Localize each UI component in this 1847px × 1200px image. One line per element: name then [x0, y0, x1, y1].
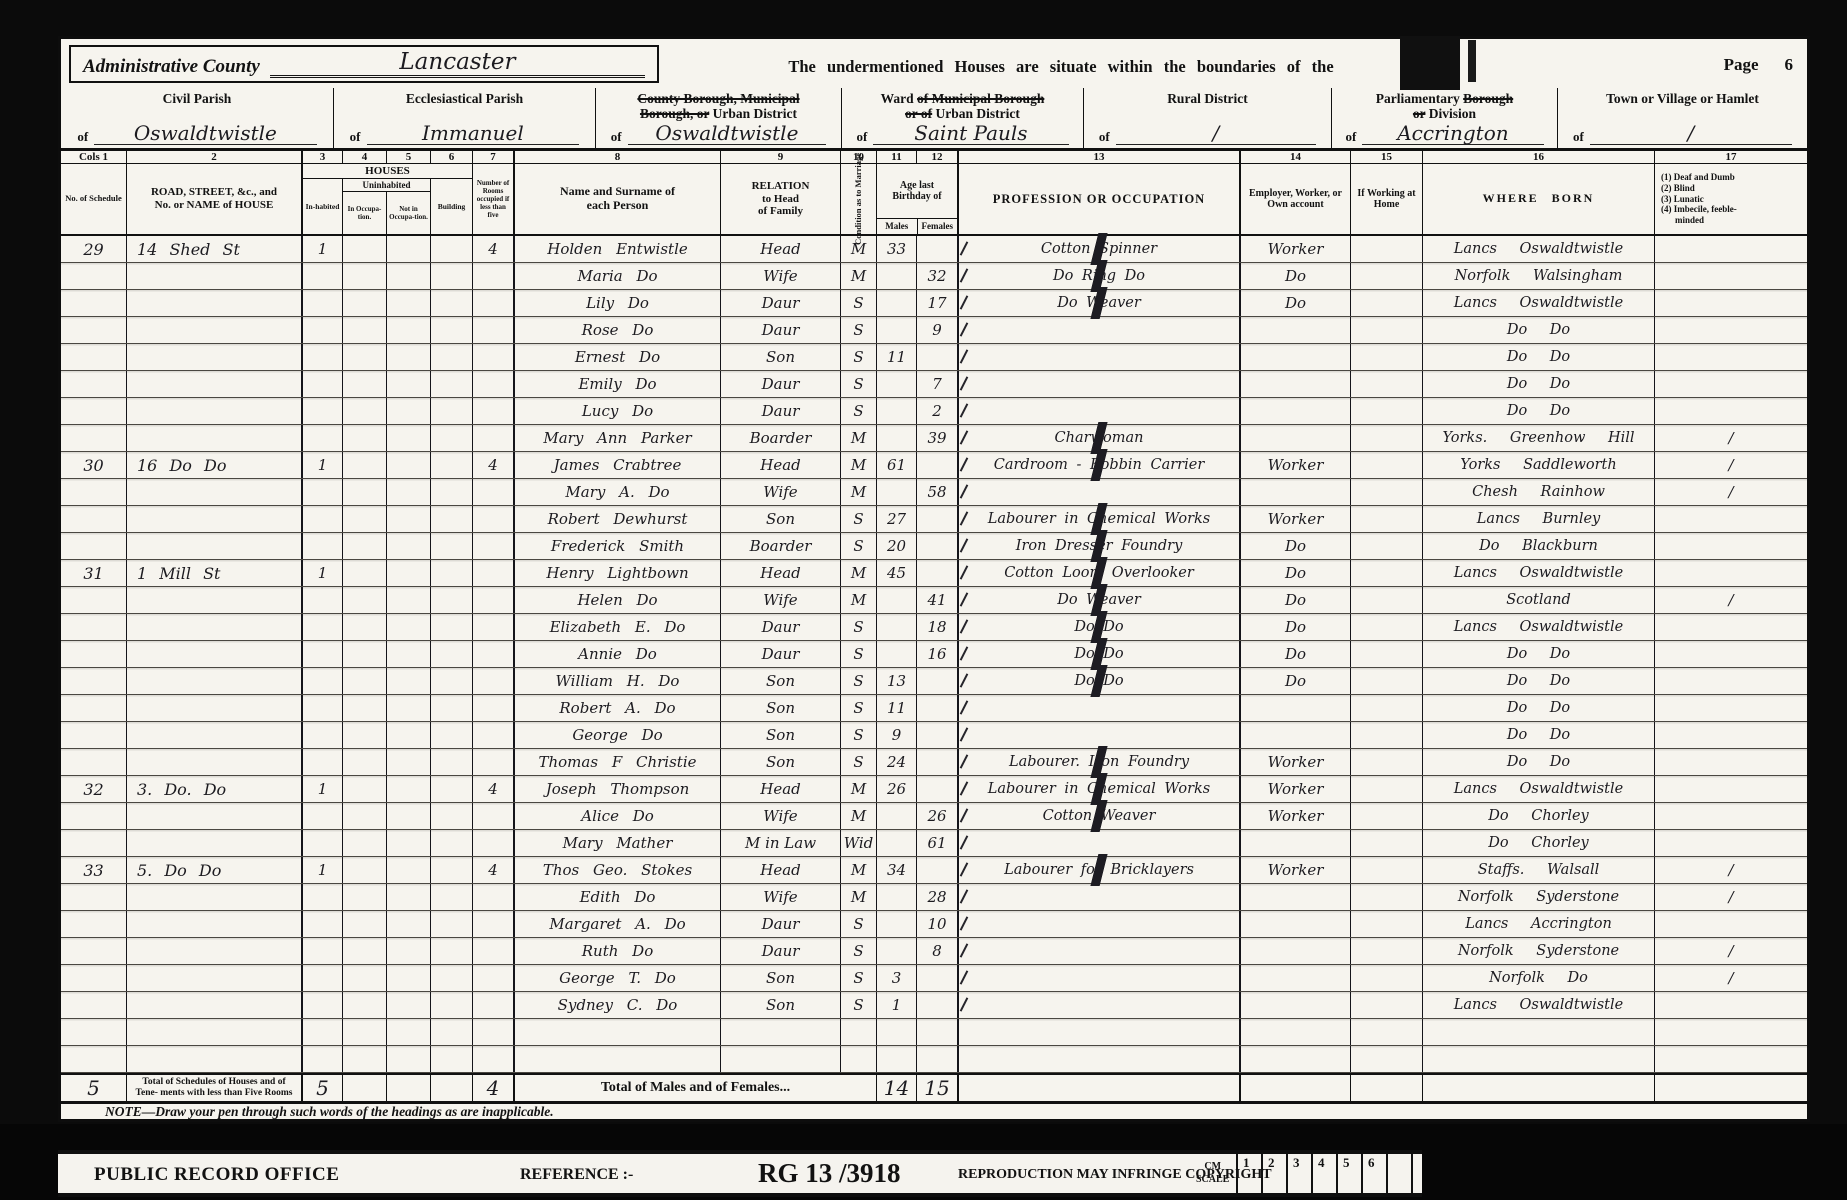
table-row: Lily Do Daur S 17 Do Weaver Do Lancs Osw… [61, 290, 1807, 317]
header-road-street: ROAD, STREET, &c., and No. or NAME of HO… [127, 164, 303, 234]
cell-infirmity [1655, 776, 1807, 802]
cell-age-female [917, 695, 959, 721]
cell-building [431, 344, 473, 370]
cell-working-at-home [1351, 965, 1423, 991]
cell-house-address: 16 Do Do [127, 452, 303, 478]
cell-employer-worker [1241, 1019, 1351, 1045]
cell-uninhabited-not-in-occupation [387, 317, 431, 343]
cell-employer-worker: Do [1241, 587, 1351, 613]
cell-building [431, 263, 473, 289]
cell-house-address [127, 992, 303, 1018]
totals-row: 5 Total of Schedules of Houses and of Te… [61, 1073, 1807, 1104]
cell-uninhabited-in-occupation [343, 371, 387, 397]
cell-age-female: 7 [917, 371, 959, 397]
header-profession: PROFESSION OR OCCUPATION [959, 164, 1241, 234]
cell-schedule-number [61, 749, 127, 775]
cell-relation: Head [721, 452, 841, 478]
cell-age-female: 2 [917, 398, 959, 424]
cell-house-address [127, 371, 303, 397]
cell-uninhabited-not-in-occupation [387, 938, 431, 964]
cell-building [431, 965, 473, 991]
cell-inhabited [303, 884, 343, 910]
cell-employer-worker [1241, 830, 1351, 856]
cell-rooms [473, 749, 515, 775]
cell-employer-worker [1241, 722, 1351, 748]
cell-where-born: Scotland [1423, 587, 1655, 613]
cell-rooms [473, 1019, 515, 1045]
cell-person-name [515, 1019, 721, 1045]
cell-condition: S [841, 344, 877, 370]
cm-scale-label: CMSCALE [1196, 1161, 1229, 1186]
cell-working-at-home [1351, 911, 1423, 937]
cell-rooms [473, 803, 515, 829]
header-name-surname: Name and Surname ofeach Person [515, 164, 721, 234]
cell-inhabited [303, 425, 343, 451]
cell-age-female [917, 722, 959, 748]
cell-age-female [917, 965, 959, 991]
cell-where-born: Lancs Oswaldtwistle [1423, 290, 1655, 316]
cell-schedule-number [61, 425, 127, 451]
cell-age-male: 11 [877, 344, 917, 370]
cell-schedule-number [61, 911, 127, 937]
cell-condition [841, 1046, 877, 1072]
ward-label: Ward of Municipal Borough or of Urban Di… [881, 91, 1045, 121]
cell-person-name: Elizabeth E. Do [515, 614, 721, 640]
cell-age-male [877, 317, 917, 343]
ecclesiastical-parish-label: Ecclesiastical Parish [406, 91, 523, 106]
ruler-mark-1: 1 [1238, 1154, 1263, 1193]
cell-condition: S [841, 317, 877, 343]
cell-relation: Daur [721, 290, 841, 316]
cell-age-female [917, 776, 959, 802]
cell-occupation [959, 884, 1241, 910]
cell-uninhabited-not-in-occupation [387, 1019, 431, 1045]
cell-building [431, 479, 473, 505]
cell-employer-worker [1241, 965, 1351, 991]
cell-age-male [877, 371, 917, 397]
cell-rooms [473, 506, 515, 532]
cell-employer-worker [1241, 1046, 1351, 1072]
cell-infirmity [1655, 668, 1807, 694]
cell-person-name: James Crabtree [515, 452, 721, 478]
cell-schedule-number [61, 479, 127, 505]
cell-employer-worker [1241, 371, 1351, 397]
cell-where-born: Lancs Burnley [1423, 506, 1655, 532]
cell-condition: S [841, 749, 877, 775]
cell-age-male: 45 [877, 560, 917, 586]
totals-males-females-label: Total of Males and of Females... [515, 1075, 877, 1101]
cell-age-male [877, 641, 917, 667]
administrative-county-label: Administrative County [83, 56, 260, 78]
cell-occupation: Cardroom - Bobbin Carrier [959, 452, 1241, 478]
totals-females-count: 15 [924, 1076, 949, 1100]
cell-age-male: 13 [877, 668, 917, 694]
cell-employer-worker [1241, 992, 1351, 1018]
cell-building [431, 506, 473, 532]
cell-uninhabited-in-occupation [343, 749, 387, 775]
cell-working-at-home [1351, 371, 1423, 397]
cell-rooms [473, 1046, 515, 1072]
cell-occupation: Do Weaver [959, 290, 1241, 316]
cell-age-male [877, 425, 917, 451]
cell-inhabited [303, 263, 343, 289]
cell-person-name: Annie Do [515, 641, 721, 667]
cell-uninhabited-in-occupation [343, 695, 387, 721]
cell-where-born: Chesh Rainhow [1423, 479, 1655, 505]
cell-person-name: George T. Do [515, 965, 721, 991]
cell-employer-worker [1241, 479, 1351, 505]
cell-inhabited [303, 533, 343, 559]
cell-where-born: Do Do [1423, 344, 1655, 370]
cell-age-female [917, 560, 959, 586]
cell-condition: S [841, 506, 877, 532]
header-infirmities: (1) Deaf and Dumb(2) Blind(3) Lunatic(4)… [1655, 164, 1807, 234]
cell-uninhabited-not-in-occupation [387, 263, 431, 289]
cell-person-name: William H. Do [515, 668, 721, 694]
cell-uninhabited-not-in-occupation [387, 641, 431, 667]
cell-house-address [127, 803, 303, 829]
table-row: George T. Do Son S 3 Norfolk Do / [61, 965, 1807, 992]
cell-rooms [473, 695, 515, 721]
cell-uninhabited-in-occupation [343, 938, 387, 964]
cell-condition: S [841, 695, 877, 721]
cell-age-male: 24 [877, 749, 917, 775]
cell-house-address [127, 830, 303, 856]
ruler-mark-6: 6 [1363, 1154, 1388, 1193]
cell-working-at-home [1351, 344, 1423, 370]
cell-working-at-home [1351, 1046, 1423, 1072]
cell-building [431, 911, 473, 937]
cell-employer-worker: Worker [1241, 857, 1351, 883]
cell-condition: M [841, 884, 877, 910]
cell-infirmity: / [1655, 965, 1807, 991]
ecclesiastical-parish-value: Immanuel [367, 123, 580, 145]
cell-rooms: 4 [473, 776, 515, 802]
cell-person-name: Lily Do [515, 290, 721, 316]
cell-where-born: Lancs Oswaldtwistle [1423, 236, 1655, 262]
cell-where-born: Lancs Oswaldtwistle [1423, 992, 1655, 1018]
cell-house-address [127, 479, 303, 505]
cell-infirmity [1655, 803, 1807, 829]
table-row: Margaret A. Do Daur S 10 Lancs Accringto… [61, 911, 1807, 938]
cell-where-born [1423, 1019, 1655, 1045]
cell-person-name [515, 1046, 721, 1072]
cell-age-male [877, 290, 917, 316]
cell-relation: Daur [721, 371, 841, 397]
cell-where-born: Lancs Accrington [1423, 911, 1655, 937]
ruler-mark-5: 5 [1338, 1154, 1363, 1193]
rural-district-cell: Rural District of/ [1083, 88, 1331, 148]
cell-where-born: Norfolk Syderstone [1423, 938, 1655, 964]
cell-infirmity [1655, 344, 1807, 370]
header-in-occupation: In Occupa-tion. [343, 192, 387, 234]
table-row: Thomas F Christie Son S 24 Labourer. Iro… [61, 749, 1807, 776]
ink-blotch-small [1468, 40, 1476, 82]
cell-house-address [127, 533, 303, 559]
cell-where-born: Do Chorley [1423, 830, 1655, 856]
table-row: Frederick Smith Boarder S 20 Iron Dresse… [61, 533, 1807, 560]
cell-inhabited [303, 479, 343, 505]
footnote-text: NOTE—Draw your pen through such words of… [105, 1104, 554, 1120]
cell-occupation [959, 1019, 1241, 1045]
header-condition: Condition as to Marriage [841, 164, 877, 234]
cell-schedule-number [61, 533, 127, 559]
cell-occupation [959, 479, 1241, 505]
cell-uninhabited-in-occupation [343, 614, 387, 640]
cell-rooms [473, 668, 515, 694]
cell-uninhabited-not-in-occupation [387, 830, 431, 856]
cell-infirmity [1655, 560, 1807, 586]
cell-infirmity: / [1655, 587, 1807, 613]
cell-infirmity [1655, 1019, 1807, 1045]
cell-condition: M [841, 479, 877, 505]
cell-schedule-number [61, 506, 127, 532]
cell-building [431, 560, 473, 586]
cell-infirmity [1655, 533, 1807, 559]
cell-person-name: Lucy Do [515, 398, 721, 424]
cell-relation: Wife [721, 803, 841, 829]
cell-house-address [127, 695, 303, 721]
table-row: Elizabeth E. Do Daur S 18 Do Do Do Lancs… [61, 614, 1807, 641]
cell-uninhabited-not-in-occupation [387, 425, 431, 451]
header-houses-group: HOUSES In-habited Uninhabited In Occupa-… [303, 164, 473, 234]
town-village-value: / [1590, 123, 1792, 145]
table-row: Mary A. Do Wife M 58 Chesh Rainhow / [61, 479, 1807, 506]
cell-age-female: 41 [917, 587, 959, 613]
cell-relation: Daur [721, 911, 841, 937]
cell-occupation [959, 398, 1241, 424]
table-row: Mary Mather M in Law Wid 61 Do Chorley [61, 830, 1807, 857]
cell-working-at-home [1351, 263, 1423, 289]
cell-inhabited [303, 317, 343, 343]
cell-person-name: Margaret A. Do [515, 911, 721, 937]
cell-infirmity: / [1655, 479, 1807, 505]
cm-scale-ruler: 123456 [1236, 1154, 1413, 1193]
cell-person-name: Mary A. Do [515, 479, 721, 505]
header-uninhabited: Uninhabited [343, 179, 430, 192]
cell-working-at-home [1351, 1019, 1423, 1045]
cell-building [431, 722, 473, 748]
cell-occupation: Labourer. Iron Foundry [959, 749, 1241, 775]
cell-occupation [959, 992, 1241, 1018]
cell-house-address [127, 722, 303, 748]
cell-condition: S [841, 938, 877, 964]
rural-district-value: / [1116, 123, 1317, 145]
cell-age-male: 1 [877, 992, 917, 1018]
cell-age-male [877, 830, 917, 856]
cell-inhabited [303, 965, 343, 991]
cell-condition [841, 1019, 877, 1045]
cell-working-at-home [1351, 992, 1423, 1018]
cell-occupation: Labourer in Chemical Works [959, 776, 1241, 802]
cell-relation: Daur [721, 398, 841, 424]
table-row: Rose Do Daur S 9 Do Do [61, 317, 1807, 344]
cell-occupation: Do Do [959, 614, 1241, 640]
cell-inhabited [303, 803, 343, 829]
cell-rooms [473, 911, 515, 937]
cell-working-at-home [1351, 884, 1423, 910]
cell-infirmity [1655, 695, 1807, 721]
cell-inhabited [303, 641, 343, 667]
cell-employer-worker: Do [1241, 263, 1351, 289]
cell-house-address [127, 965, 303, 991]
table-row: Robert Dewhurst Son S 27 Labourer in Che… [61, 506, 1807, 533]
cell-house-address [127, 398, 303, 424]
cell-person-name: Maria Do [515, 263, 721, 289]
cell-condition: S [841, 641, 877, 667]
cell-relation: Son [721, 992, 841, 1018]
cell-house-address: 5. Do Do [127, 857, 303, 883]
cell-building [431, 587, 473, 613]
cell-inhabited [303, 668, 343, 694]
cell-building [431, 614, 473, 640]
table-row: 30 16 Do Do 1 4 James Crabtree Head M 61… [61, 452, 1807, 479]
cell-rooms [473, 398, 515, 424]
cell-working-at-home [1351, 533, 1423, 559]
cell-where-born: Do Chorley [1423, 803, 1655, 829]
cell-inhabited [303, 614, 343, 640]
cell-uninhabited-not-in-occupation [387, 668, 431, 694]
cell-house-address [127, 668, 303, 694]
cell-uninhabited-not-in-occupation [387, 911, 431, 937]
cell-age-female [917, 236, 959, 262]
cell-age-female: 61 [917, 830, 959, 856]
enumeration-table: Cols 1 2 3 4 5 6 7 8 9 10 11 12 13 14 15… [61, 148, 1807, 1119]
archive-reference-bar: PUBLIC RECORD OFFICE REFERENCE :- RG 13 … [58, 1150, 1422, 1197]
cell-employer-worker [1241, 344, 1351, 370]
cell-uninhabited-not-in-occupation [387, 290, 431, 316]
cell-uninhabited-in-occupation [343, 479, 387, 505]
cell-building [431, 290, 473, 316]
cell-uninhabited-in-occupation [343, 344, 387, 370]
cell-age-female: 58 [917, 479, 959, 505]
cell-house-address [127, 614, 303, 640]
cell-uninhabited-in-occupation [343, 857, 387, 883]
header-working-at-home: If Working at Home [1351, 164, 1423, 234]
table-row: William H. Do Son S 13 Do Do Do Do Do [61, 668, 1807, 695]
cell-working-at-home [1351, 506, 1423, 532]
cell-uninhabited-not-in-occupation [387, 965, 431, 991]
cell-schedule-number [61, 965, 127, 991]
cell-condition: M [841, 425, 877, 451]
cell-house-address: 1 Mill St [127, 560, 303, 586]
cell-inhabited: 1 [303, 560, 343, 586]
cell-relation: Wife [721, 479, 841, 505]
cell-age-male: 33 [877, 236, 917, 262]
administrative-header: Administrative County Lancaster The unde… [61, 39, 1807, 88]
cell-occupation [959, 830, 1241, 856]
cell-house-address [127, 884, 303, 910]
cell-building [431, 884, 473, 910]
cell-working-at-home [1351, 830, 1423, 856]
table-row [61, 1019, 1807, 1046]
cell-condition: M [841, 263, 877, 289]
cell-person-name: Thomas F Christie [515, 749, 721, 775]
administrative-county-box: Administrative County Lancaster [69, 45, 659, 83]
cell-building [431, 452, 473, 478]
cell-person-name: Helen Do [515, 587, 721, 613]
table-row: Ruth Do Daur S 8 Norfolk Syderstone / [61, 938, 1807, 965]
cell-infirmity [1655, 506, 1807, 532]
cell-person-name: Thos Geo. Stokes [515, 857, 721, 883]
cell-uninhabited-in-occupation [343, 668, 387, 694]
cell-working-at-home [1351, 938, 1423, 964]
cell-employer-worker: Do [1241, 641, 1351, 667]
cell-condition: M [841, 236, 877, 262]
cell-uninhabited-not-in-occupation [387, 803, 431, 829]
cell-age-female [917, 506, 959, 532]
table-row: Maria Do Wife M 32 Do Ring Do Do Norfolk… [61, 263, 1807, 290]
cell-relation: Daur [721, 317, 841, 343]
cell-age-male [877, 614, 917, 640]
district-header-row: Civil Parish ofOswaldtwistle Ecclesiasti… [61, 88, 1807, 148]
cell-working-at-home [1351, 749, 1423, 775]
cell-rooms [473, 533, 515, 559]
cell-house-address [127, 290, 303, 316]
cell-condition: S [841, 668, 877, 694]
cell-relation: Wife [721, 587, 841, 613]
cell-relation: Son [721, 506, 841, 532]
cell-employer-worker: Do [1241, 614, 1351, 640]
cell-uninhabited-in-occupation [343, 641, 387, 667]
cell-house-address [127, 938, 303, 964]
civil-parish-label: Civil Parish [163, 91, 232, 106]
cell-age-male [877, 479, 917, 505]
parliamentary-division-value: Accrington [1362, 123, 1543, 145]
table-row: Sydney C. Do Son S 1 Lancs Oswaldtwistle [61, 992, 1807, 1019]
cell-person-name: Rose Do [515, 317, 721, 343]
cell-infirmity: / [1655, 884, 1807, 910]
cell-uninhabited-in-occupation [343, 830, 387, 856]
cell-occupation: Cotton Loom Overlooker [959, 560, 1241, 586]
cell-schedule-number [61, 803, 127, 829]
cell-where-born: Do Do [1423, 371, 1655, 397]
cell-person-name: Sydney C. Do [515, 992, 721, 1018]
totals-schedules-label: Total of Schedules of Houses and of Tene… [127, 1075, 301, 1101]
header-where-born: WHERE BORN [1423, 164, 1655, 234]
cell-infirmity [1655, 749, 1807, 775]
cell-occupation [959, 1046, 1241, 1072]
cell-rooms [473, 965, 515, 991]
header-relation: RELATIONto Headof Family [721, 164, 841, 234]
cell-relation: Wife [721, 263, 841, 289]
cell-relation [721, 1046, 841, 1072]
cell-building [431, 830, 473, 856]
cell-occupation [959, 371, 1241, 397]
cell-uninhabited-not-in-occupation [387, 776, 431, 802]
cell-occupation [959, 317, 1241, 343]
cell-house-address: 3. Do. Do [127, 776, 303, 802]
cell-uninhabited-not-in-occupation [387, 236, 431, 262]
table-row: Helen Do Wife M 41 Do Weaver Do Scotland… [61, 587, 1807, 614]
cell-rooms [473, 830, 515, 856]
cell-uninhabited-not-in-occupation [387, 533, 431, 559]
table-row: Ernest Do Son S 11 Do Do [61, 344, 1807, 371]
cell-infirmity [1655, 614, 1807, 640]
cell-employer-worker: Do [1241, 290, 1351, 316]
cell-infirmity: / [1655, 938, 1807, 964]
cell-age-female [917, 668, 959, 694]
cell-uninhabited-in-occupation [343, 533, 387, 559]
cell-rooms [473, 722, 515, 748]
cell-schedule-number [61, 344, 127, 370]
cell-inhabited [303, 695, 343, 721]
cell-working-at-home [1351, 641, 1423, 667]
cell-condition: S [841, 290, 877, 316]
cell-infirmity [1655, 722, 1807, 748]
civil-parish-value: Oswaldtwistle [94, 123, 317, 145]
cell-where-born: Staffs. Walsall [1423, 857, 1655, 883]
